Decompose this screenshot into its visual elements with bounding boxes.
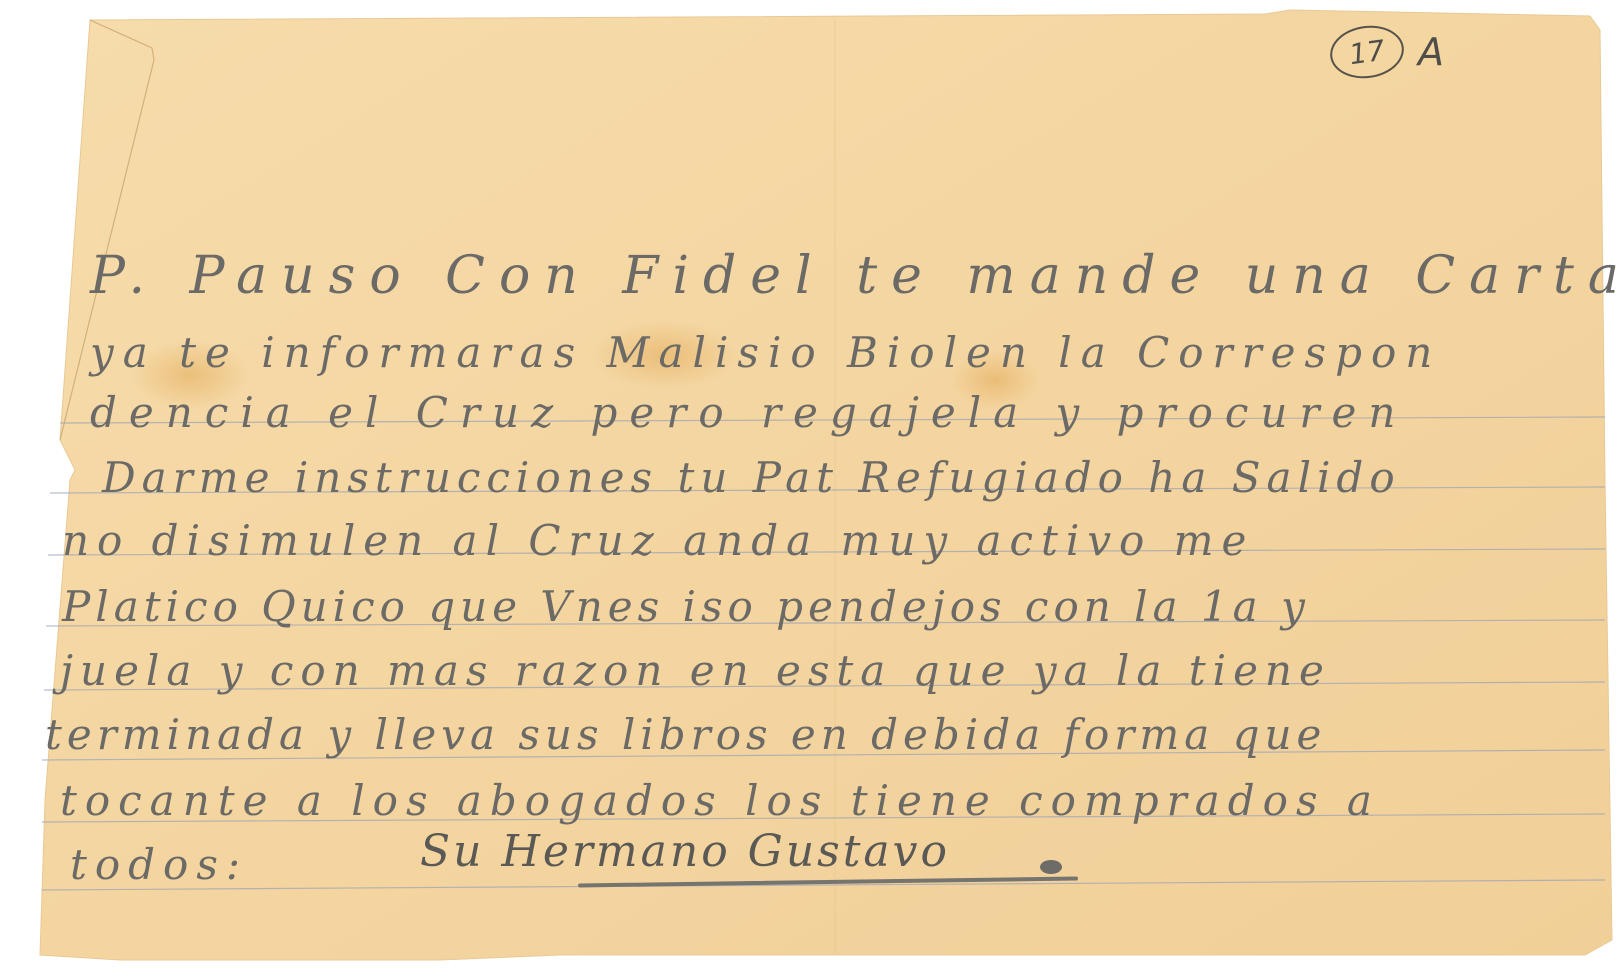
folio-number: 17 — [1327, 21, 1408, 83]
letter-line-5: no disimulen al Cruz anda muy activo me — [62, 516, 1254, 565]
letter-line-1: P. Pauso Con Fidel te mande una Carta — [90, 246, 1624, 306]
letter-line-2: ya te informaras Malisio Biolen la Corre… — [90, 328, 1441, 377]
signature: Su Hermano Gustavo — [420, 826, 950, 877]
letter-line-3: dencia el Cruz pero regajela y procuren — [90, 388, 1407, 437]
letter-line-7: juela y con mas razon en esta que ya la … — [60, 646, 1331, 695]
folio-letter: A — [1418, 30, 1444, 74]
letter-document: 17 A P. Pauso Con Fidel te mande una Car… — [0, 0, 1624, 969]
folio-annotation: 17 A — [1330, 12, 1444, 92]
letter-line-8: terminada y lleva sus libros en debida f… — [45, 710, 1326, 759]
letter-line-10: todos: — [70, 840, 248, 889]
signature-flourish — [1040, 860, 1062, 874]
letter-line-4: Darme instrucciones tu Pat Refugiado ha … — [102, 453, 1401, 502]
letter-line-6: Platico Quico que Vnes iso pendejos con … — [62, 582, 1310, 631]
letter-line-9: tocante a los abogados los tiene comprad… — [60, 776, 1380, 825]
